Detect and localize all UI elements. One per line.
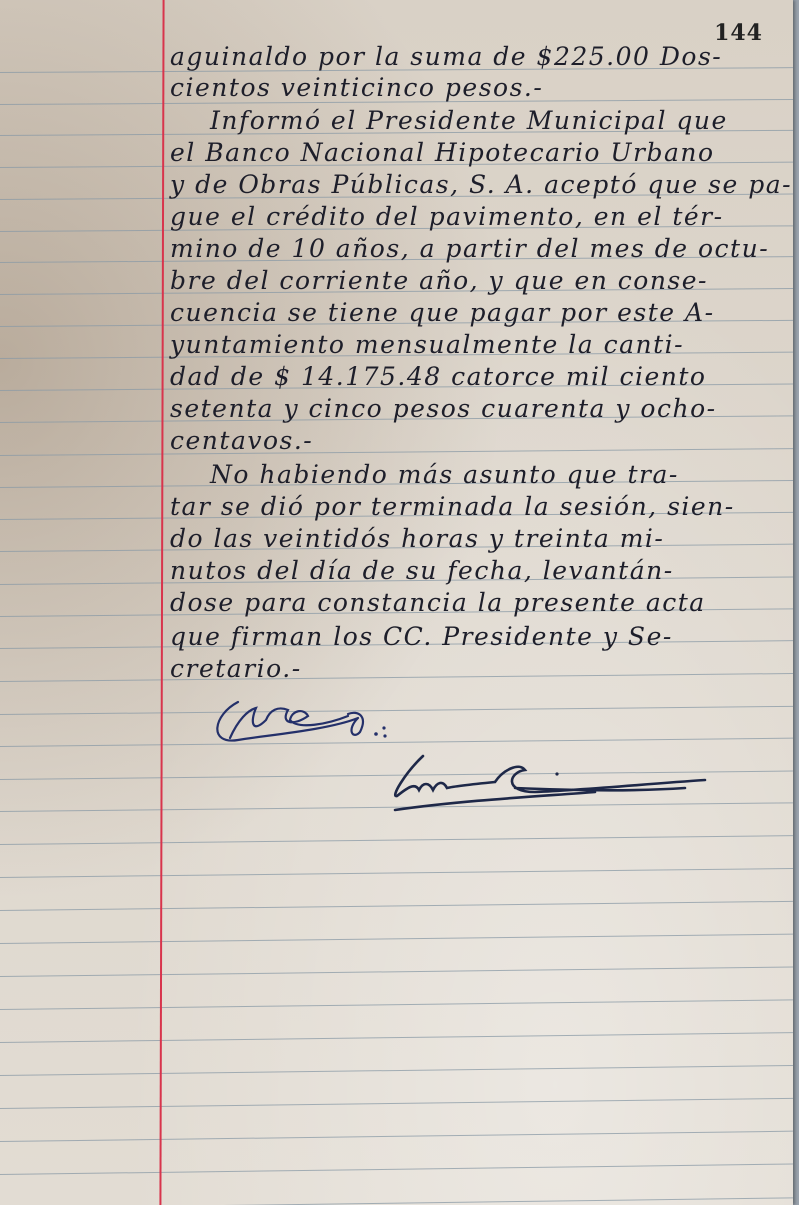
rule-line — [0, 1197, 793, 1205]
signature-scribble-icon — [385, 748, 715, 818]
rule-line — [0, 1065, 793, 1076]
text-line: nutos del día de su fecha, levantán- — [170, 558, 674, 583]
text-line: gue el crédito del pavimento, en el tér- — [170, 204, 724, 229]
text-line: cuencia se tiene que pagar por este A- — [170, 300, 715, 325]
text-line: cientos veinticinco pesos.- — [170, 75, 543, 100]
rule-line — [0, 868, 793, 878]
text-line: bre del corriente año, y que en conse- — [170, 268, 708, 293]
signature-presidente — [208, 690, 408, 750]
rule-line — [0, 1164, 793, 1175]
text-line: yuntamiento mensualmente la canti- — [170, 332, 684, 357]
text-line: No habiendo más asunto que tra- — [210, 462, 679, 487]
signature-scribble-icon — [208, 690, 408, 750]
red-margin-line — [159, 0, 164, 1205]
text-line: dad de $ 14.175.48 catorce mil ciento — [170, 364, 706, 389]
text-line: el Banco Nacional Hipotecario Urbano — [170, 140, 715, 165]
rule-line — [0, 1032, 793, 1043]
rule-line — [0, 933, 793, 943]
rule-line — [0, 901, 793, 911]
text-line: do las veintidós horas y treinta mi- — [170, 526, 664, 551]
rule-line — [0, 1098, 793, 1109]
text-line: Informó el Presidente Municipal que — [210, 108, 728, 133]
text-line: y de Obras Públicas, S. A. aceptó que se… — [170, 172, 792, 197]
text-line: aguinaldo por la suma de $225.00 Dos- — [170, 44, 722, 69]
text-line: setenta y cinco pesos cuarenta y ocho- — [170, 396, 717, 421]
text-line: cretario.- — [170, 656, 302, 681]
text-line: que firman los CC. Presidente y Se- — [170, 624, 673, 649]
text-line: centavos.- — [170, 428, 313, 453]
text-line: dose para constancia la presente acta — [170, 590, 706, 615]
rule-line — [0, 835, 793, 845]
signature-secretario — [385, 748, 715, 818]
text-line: tar se dió por terminada la sesión, sien… — [170, 494, 735, 519]
rule-line — [0, 673, 793, 682]
rule-line — [0, 999, 793, 1010]
text-line: mino de 10 años, a partir del mes de oct… — [170, 236, 769, 261]
rule-line — [0, 1131, 793, 1142]
ledger-page: 144 aguinaldo por la suma de $225.00 Dos… — [0, 0, 793, 1205]
rule-line — [0, 966, 793, 976]
rule-line — [0, 448, 793, 456]
